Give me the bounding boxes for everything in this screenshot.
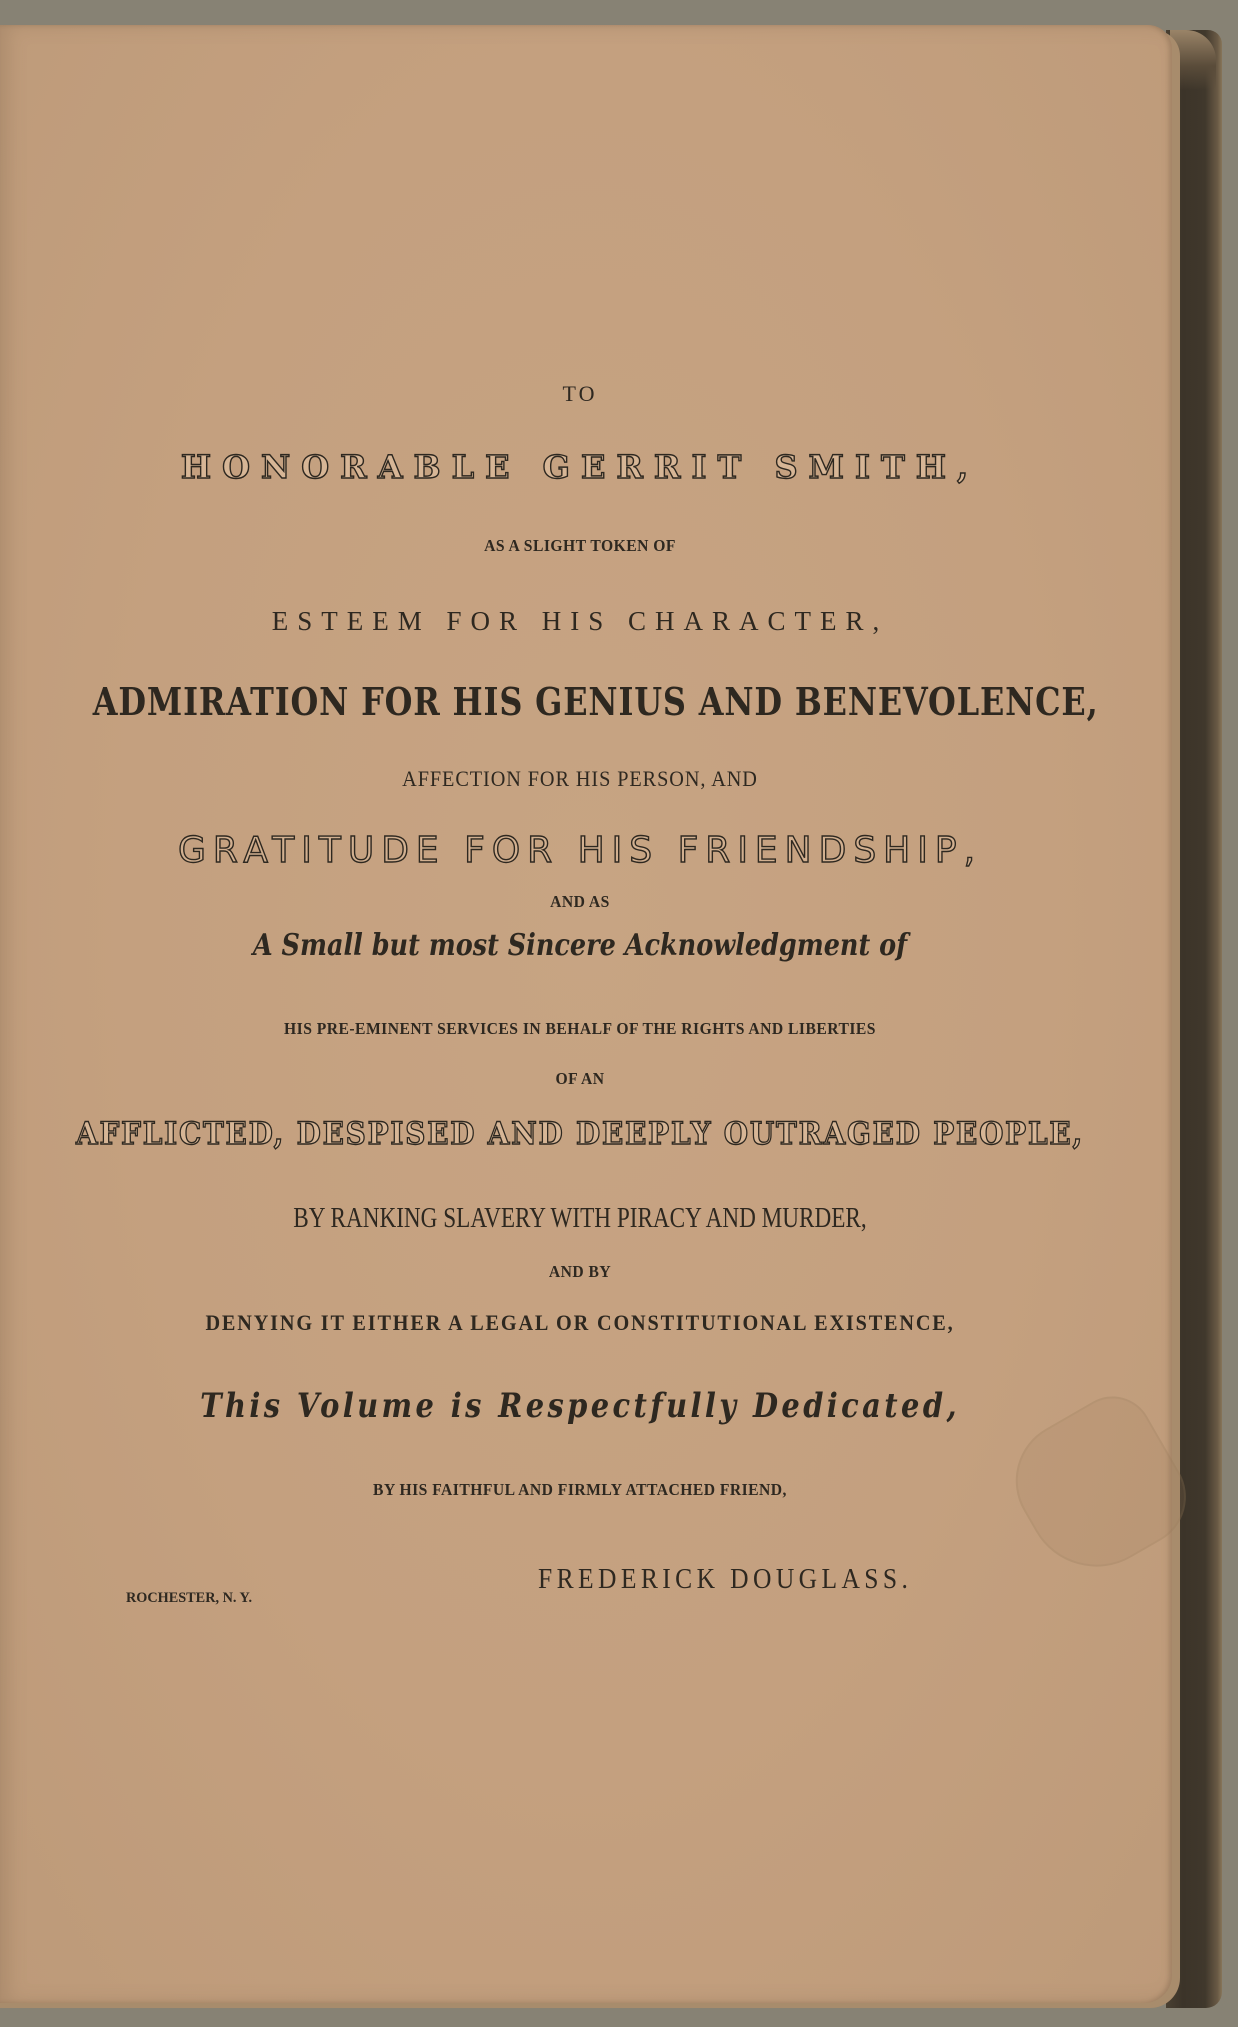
gratitude-line: GRATITUDE FOR HIS FRIENDSHIP, bbox=[0, 833, 1160, 869]
dedication-page: TO HONORABLE GERRIT SMITH, AS A SLIGHT T… bbox=[0, 25, 1172, 2003]
ranking-line: BY RANKING SLAVERY WITH PIRACY AND MURDE… bbox=[116, 1204, 1044, 1233]
dedicated-line: This Volume is Respectfully Dedicated, bbox=[87, 1389, 1073, 1423]
and-as-line: AND AS bbox=[46, 893, 1113, 910]
acknowledgment-line: A Small but most Sincere Acknowledgment … bbox=[87, 931, 1073, 961]
admiration-line: ADMIRATION FOR HIS GENIUS AND BENEVOLENC… bbox=[93, 683, 1067, 721]
esteem-line: ESTEEM FOR HIS CHARACTER, bbox=[0, 608, 1160, 635]
afflicted-line: AFFLICTED, DESPISED AND DEEPLY OUTRAGED … bbox=[58, 1119, 1102, 1150]
denying-line: DENYING IT EITHER A LEGAL OR CONSTITUTIO… bbox=[46, 1312, 1113, 1334]
dedication-to: TO bbox=[0, 383, 1160, 405]
signature-name: FREDERICK DOUGLASS. bbox=[538, 1565, 908, 1594]
token-line: AS A SLIGHT TOKEN OF bbox=[46, 537, 1113, 554]
signature-place: ROCHESTER, N. Y. bbox=[126, 1591, 316, 1606]
honoree-name: HONORABLE GERRIT SMITH, bbox=[0, 451, 1160, 483]
and-by-line: AND BY bbox=[46, 1263, 1113, 1280]
services-line: HIS PRE-EMINENT SERVICES IN BEHALF OF TH… bbox=[46, 1020, 1113, 1037]
affection-line: AFFECTION FOR HIS PERSON, AND bbox=[46, 768, 1113, 790]
of-an-line: OF AN bbox=[46, 1070, 1113, 1087]
friend-line: BY HIS FAITHFUL AND FIRMLY ATTACHED FRIE… bbox=[46, 1481, 1113, 1498]
